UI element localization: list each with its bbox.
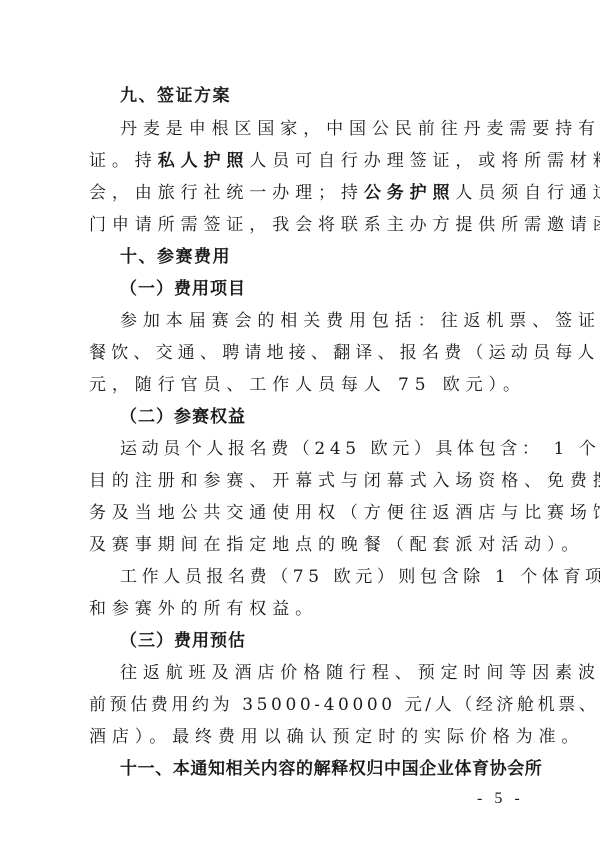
official-passport-emphasis: 公务护照: [364, 183, 456, 203]
paragraph-line: 酒店）。最终费用以确认预定时的实际价格为准。: [89, 725, 584, 749]
page-number: - 5 -: [477, 790, 524, 808]
paragraph-line: 务及当地公共交通使用权（方便往返酒店与比赛场馆）、以: [89, 501, 600, 525]
paragraph-line: 运动员个人报名费（245 欧元）具体包含： 1 个体育项: [120, 437, 600, 461]
paragraph-line: 元，随行官员、工作人员每人 75 欧元）。: [89, 373, 526, 397]
paragraph-line: 门申请所需签证，我会将联系主办方提供所需邀请函。: [89, 213, 600, 237]
paragraph-line: 餐饮、交通、聘请地接、翻译、报名费（运动员每人 245 欧: [89, 341, 600, 365]
private-passport-emphasis: 私人护照: [158, 151, 250, 171]
paragraph-line: 工作人员报名费（75 欧元）则包含除 1 个体育项目注册: [120, 565, 600, 589]
paragraph-line: 会，由旅行社统一办理；持公务护照人员须自行通过外事部: [89, 181, 600, 205]
paragraph-line: 前预估费用约为 35000-40000 元/人（经济舱机票、四星级: [89, 693, 600, 717]
section-11-heading: 十一、本通知相关内容的解释权归中国企业体育协会所: [120, 757, 542, 781]
section-10-heading: 十、参赛费用: [120, 245, 231, 269]
paragraph-line: 目的注册和参赛、开幕式与闭幕式入场资格、免费摆渡车服: [89, 469, 600, 493]
paragraph-line: 证。持私人护照人员可自行办理签证，或将所需材料提交我: [89, 149, 600, 173]
subsection-heading: （三）费用预估: [120, 629, 246, 653]
paragraph-line: 和参赛外的所有权益。: [89, 597, 318, 621]
section-9-heading: 九、签证方案: [120, 84, 231, 108]
subsection-heading: （二）参赛权益: [120, 405, 246, 429]
subsection-heading: （一）费用项目: [120, 277, 246, 301]
paragraph-line: 参加本届赛会的相关费用包括：往返机票、签证、酒店、: [120, 309, 600, 333]
paragraph-line: 丹麦是申根区国家，中国公民前往丹麦需要持有申根签: [120, 117, 600, 141]
paragraph-line: 往返航班及酒店价格随行程、预定时间等因素波动，当: [120, 661, 600, 685]
paragraph-line: 及赛事期间在指定地点的晚餐（配套派对活动）。: [89, 533, 584, 557]
